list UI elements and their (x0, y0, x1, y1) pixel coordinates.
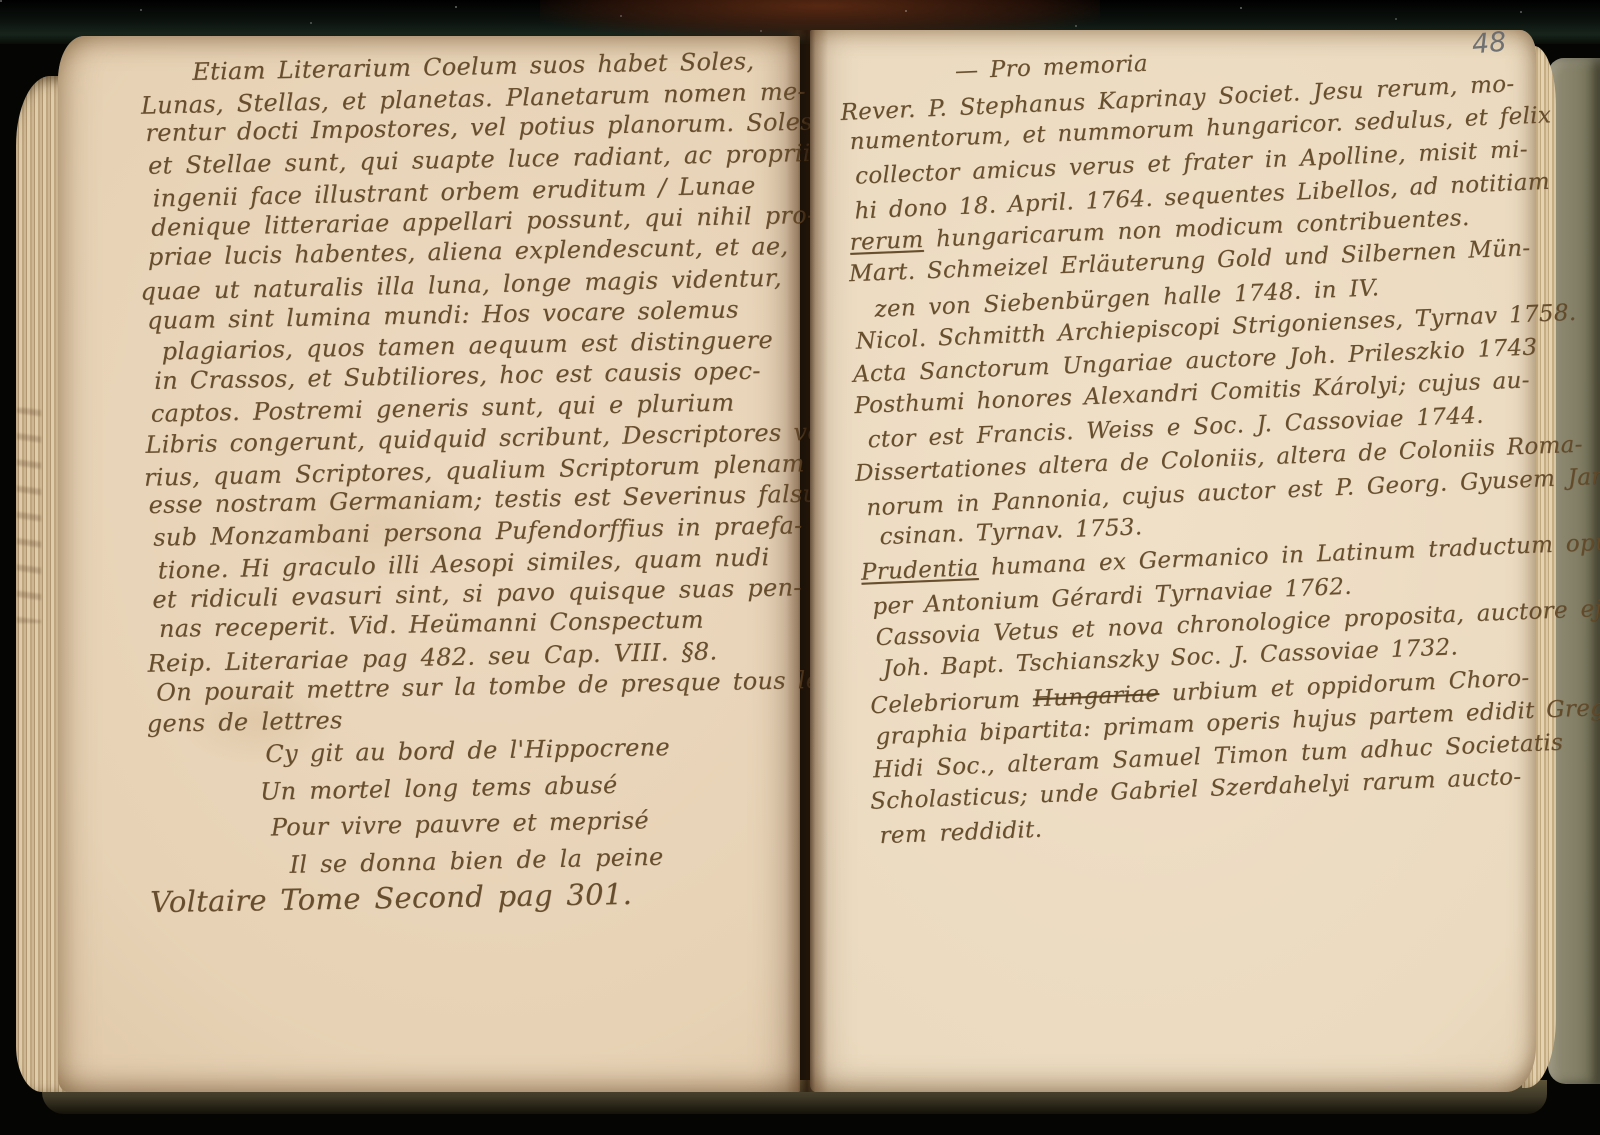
dust-speckles (0, 0, 2, 2)
gutter-shadow (786, 30, 828, 1092)
manuscript-line: Voltaire Tome Second pag 301. (150, 871, 813, 922)
left-page-text: Etiam Literarium Coelum suos habet Soles… (134, 45, 813, 924)
left-page: Etiam Literarium Coelum suos habet Soles… (58, 36, 800, 1092)
folio-number: 48 (1471, 27, 1508, 61)
right-page-text: — Pro memoria Rever. P. Stephanus Kaprin… (838, 33, 1541, 853)
manuscript-book-scan: Etiam Literarium Coelum suos habet Soles… (0, 0, 1600, 1135)
fore-edge-ink-marks (17, 408, 41, 623)
right-page: — Pro memoria Rever. P. Stephanus Kaprin… (810, 30, 1536, 1092)
